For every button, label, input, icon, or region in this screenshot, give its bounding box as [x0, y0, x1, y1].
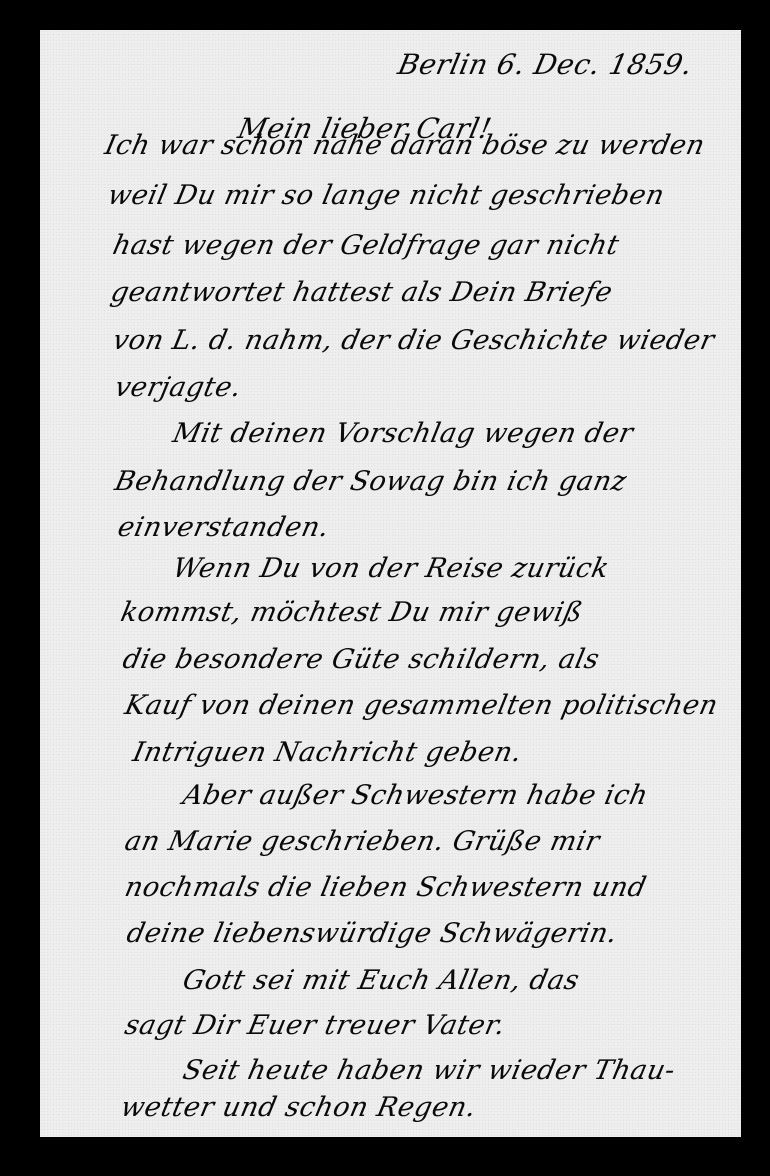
letter-line: verjagte.	[112, 372, 244, 403]
letter-line: weil Du mir so lange nicht geschrieben	[105, 180, 667, 211]
letter-line: hast wegen der Geldfrage gar nicht	[110, 230, 622, 261]
letter-line: Gott sei mit Euch Allen, das	[180, 965, 582, 996]
letter-line: Kauf von deinen gesammelten politischen	[122, 690, 721, 721]
letter-line: Intriguen Nachricht geben.	[130, 737, 525, 768]
letter-line: kommst, möchtest Du mir gewiß	[118, 597, 586, 628]
letter-dateline: Berlin 6. Dec. 1859.	[395, 48, 696, 81]
letter-line: sagt Dir Euer treuer Vater.	[122, 1010, 508, 1041]
letter-line: Mit deinen Vorschlag wegen der	[170, 418, 636, 449]
letter-line: die besondere Güte schildern, als	[120, 644, 602, 675]
letter-line: geantwortet hattest als Dein Briefe	[108, 277, 615, 308]
letter-line: Ich war schon nahe daran böse zu werden	[102, 130, 708, 161]
letter-line: an Marie geschrieben. Grüße mir	[122, 826, 603, 857]
letter-line: Aber außer Schwestern habe ich	[180, 780, 651, 811]
letter-line: einverstanden.	[115, 512, 332, 543]
letter-line: Behandlung der Sowag bin ich ganz	[112, 466, 630, 497]
letter-line: deine liebenswürdige Schwägerin.	[124, 918, 620, 949]
letter-line: Wenn Du von der Reise zurück	[170, 553, 612, 584]
letter-line: nochmals die lieben Schwestern und	[122, 872, 649, 903]
letter-line: Seit heute haben wir wieder Thau-	[180, 1055, 678, 1086]
letter-line: wetter und schon Regen.	[118, 1092, 479, 1123]
letter-line: von L. d. nahm, der die Geschichte wiede…	[110, 325, 717, 356]
letter-page: Berlin 6. Dec. 1859. Mein lieber Carl! I…	[40, 30, 741, 1137]
